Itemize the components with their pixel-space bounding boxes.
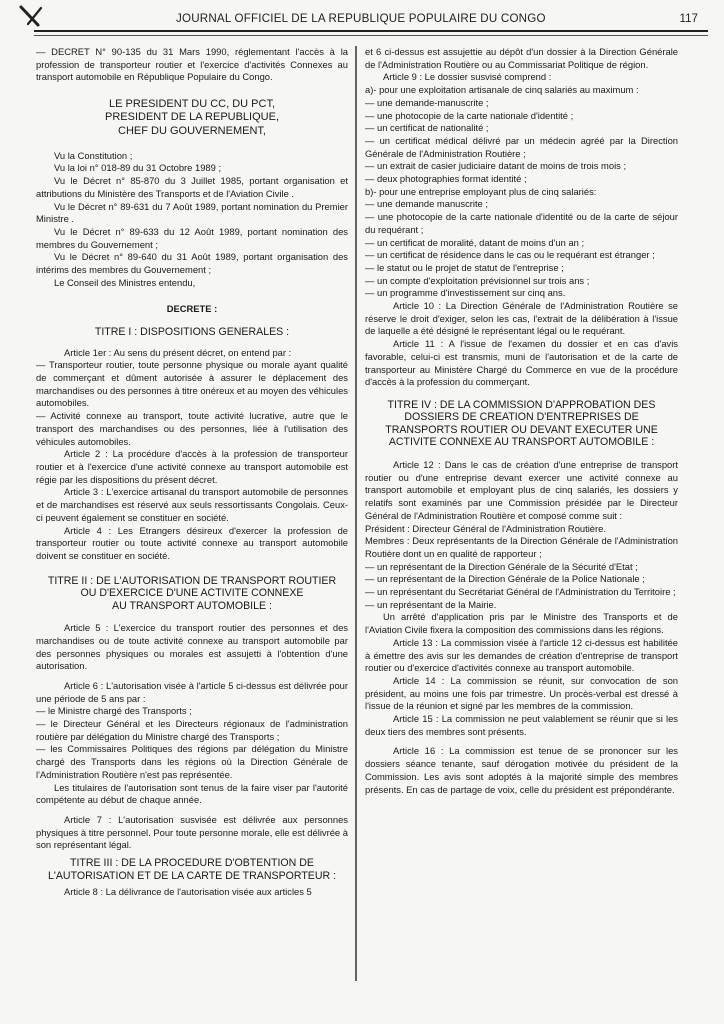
- article-12: Article 12 : Dans le cas de création d'u…: [365, 459, 678, 523]
- article-8-continued: et 6 ci-dessus est assujettie au dépôt d…: [365, 46, 678, 71]
- article-15: Article 15 : La commission ne peut valab…: [365, 713, 678, 738]
- article-2: Article 2 : La procédure d'accès à la pr…: [36, 448, 348, 486]
- article-6-item: — les Commissaires Politiques des région…: [36, 743, 348, 781]
- article-9-b-item: — un compte d'exploitation prévisionnel …: [365, 275, 678, 288]
- titre-line: L'AUTORISATION ET DE LA CARTE DE TRANSPO…: [36, 870, 348, 883]
- article-9-a-item: — deux photographies format identité ;: [365, 173, 678, 186]
- visa-item: Vu le Décret n° 85-870 du 3 Juillet 1985…: [36, 175, 348, 200]
- visa-item: Vu le Décret n° 89-633 du 12 Août 1989, …: [36, 226, 348, 251]
- article-16: Article 16 : La commission est tenue de …: [365, 745, 678, 796]
- visa-item: Le Conseil des Ministres entendu,: [36, 277, 348, 290]
- visa-item: Vu la loi n° 018-89 du 31 Octobre 1989 ;: [36, 162, 348, 175]
- article-9-a-item: — un extrait de casier judiciaire datant…: [365, 160, 678, 173]
- article-9-b-item: — un certificat de résidence dans le cas…: [365, 249, 678, 262]
- right-column: et 6 ci-dessus est assujettie au dépôt d…: [365, 46, 678, 796]
- titre-line: ACTIVITE CONNEXE AU TRANSPORT AUTOMOBILE…: [365, 436, 678, 449]
- titre-3-heading: TITRE III : DE LA PROCEDURE D'OBTENTION …: [36, 857, 348, 882]
- article-3: Article 3 : L'exercice artisanal du tran…: [36, 486, 348, 524]
- article-11: Article 11 : A l'issue de l'examen du do…: [365, 338, 678, 389]
- article-10: Article 10 : La Direction Générale de l'…: [365, 300, 678, 338]
- visa-item: Vu le Décret n° 89-640 du 31 Août 1989, …: [36, 251, 348, 276]
- article-9-a-item: — une demande-manuscrite ;: [365, 97, 678, 110]
- titre-1-heading: TITRE I : DISPOSITIONS GENERALES :: [36, 326, 348, 339]
- header-rule: [34, 30, 708, 36]
- article-6-item: — le Ministre chargé des Transports ;: [36, 705, 348, 718]
- visa-item: Vu la Constitution ;: [36, 150, 348, 163]
- article-9-a-item: — un certificat de nationalité ;: [365, 122, 678, 135]
- authority-line: PRESIDENT DE LA REPUBLIQUE,: [36, 111, 348, 124]
- authority-heading: LE PRESIDENT DU CC, DU PCT, PRESIDENT DE…: [36, 98, 348, 138]
- decree-intro: — DECRET N° 90-135 du 31 Mars 1990, régl…: [36, 46, 348, 84]
- article-6-item: — le Directeur Général et les Directeurs…: [36, 718, 348, 743]
- article-12-membres: Membres : Deux représentants de la Direc…: [365, 535, 678, 560]
- article-9-b-item: — un programme d'investissement sur cinq…: [365, 287, 678, 300]
- article-6-intro: Article 6 : L'autorisation visée à l'art…: [36, 680, 348, 705]
- article-12-item: — un représentant de la Direction Généra…: [365, 573, 678, 586]
- article-9-b-item: — une demande manuscrite ;: [365, 198, 678, 211]
- article-9-b-item: — une photocopie de la carte nationale d…: [365, 211, 678, 236]
- visa-item: Vu le Décret n° 89-631 du 7 Août 1989, p…: [36, 201, 348, 226]
- titre-line: TITRE III : DE LA PROCEDURE D'OBTENTION …: [36, 857, 348, 870]
- left-column: — DECRET N° 90-135 du 31 Mars 1990, régl…: [36, 46, 348, 899]
- authority-line: LE PRESIDENT DU CC, DU PCT,: [36, 98, 348, 111]
- journal-page: JOURNAL OFFICIEL DE LA REPUBLIQUE POPULA…: [0, 0, 724, 1024]
- authority-line: CHEF DU GOUVERNEMENT,: [36, 125, 348, 138]
- article-12-item: — un représentant de la Direction Généra…: [365, 561, 678, 574]
- column-divider: [355, 46, 357, 981]
- titre-2-heading: TITRE II : DE L'AUTORISATION DE TRANSPOR…: [36, 575, 348, 613]
- titre-line: TITRE IV : DE LA COMMISSION D'APPROBATIO…: [365, 399, 678, 412]
- article-7: Article 7 : L'autorisation susvisée est …: [36, 814, 348, 852]
- article-9-intro: Article 9 : Le dossier susvisé comprend …: [365, 71, 678, 84]
- article-12-item: — un représentant du Secrétariat Général…: [365, 586, 678, 599]
- titre-line: AU TRANSPORT AUTOMOBILE :: [36, 600, 348, 613]
- titre-line: DOSSIERS DE CREATION D'ENTREPRISES DE: [365, 411, 678, 424]
- decrete-heading: DECRETE :: [36, 303, 348, 316]
- article-12-note: Un arrêté d'application pris par le Mini…: [365, 611, 678, 636]
- article-6-note: Les titulaires de l'autorisation sont te…: [36, 782, 348, 807]
- article-9-a-item: — une photocopie de la carte nationale d…: [365, 110, 678, 123]
- article-13: Article 13 : La commission visée à l'art…: [365, 637, 678, 675]
- article-1-item: — Transporteur routier, toute personne p…: [36, 359, 348, 410]
- article-9-b-item: — un certificat de moralité, datant de m…: [365, 237, 678, 250]
- titre-4-heading: TITRE IV : DE LA COMMISSION D'APPROBATIO…: [365, 399, 678, 449]
- article-14: Article 14 : La commission se réunit, su…: [365, 675, 678, 713]
- article-5: Article 5 : L'exercice du transport rout…: [36, 622, 348, 673]
- journal-title: JOURNAL OFFICIEL DE LA REPUBLIQUE POPULA…: [176, 12, 546, 25]
- titre-line: OU D'EXERCICE D'UNE ACTIVITE CONNEXE: [36, 587, 348, 600]
- article-9-b-label: b)- pour une entreprise employant plus d…: [365, 186, 678, 199]
- article-9-a-label: a)- pour une exploitation artisanale de …: [365, 84, 678, 97]
- article-4: Article 4 : Les Etrangers désireux d'exe…: [36, 525, 348, 563]
- article-9-b-item: — le statut ou le projet de statut de l'…: [365, 262, 678, 275]
- journal-header: JOURNAL OFFICIEL DE LA REPUBLIQUE POPULA…: [40, 8, 708, 30]
- article-12-item: — un représentant de la Mairie.: [365, 599, 678, 612]
- article-9-a-item: — un certificat médical délivré par un m…: [365, 135, 678, 160]
- article-8-start: Article 8 : La délivrance de l'autorisat…: [36, 886, 348, 899]
- article-1-item: — Activité connexe au transport, toute a…: [36, 410, 348, 448]
- titre-line: TITRE II : DE L'AUTORISATION DE TRANSPOR…: [36, 575, 348, 588]
- page-number: 117: [680, 12, 698, 25]
- article-1-intro: Article 1er : Au sens du présent décret,…: [36, 347, 348, 360]
- article-12-president: Président : Directeur Général de l'Admin…: [365, 523, 678, 536]
- titre-line: TRANSPORTS ROUTIER OU DEVANT EXECUTER UN…: [365, 424, 678, 437]
